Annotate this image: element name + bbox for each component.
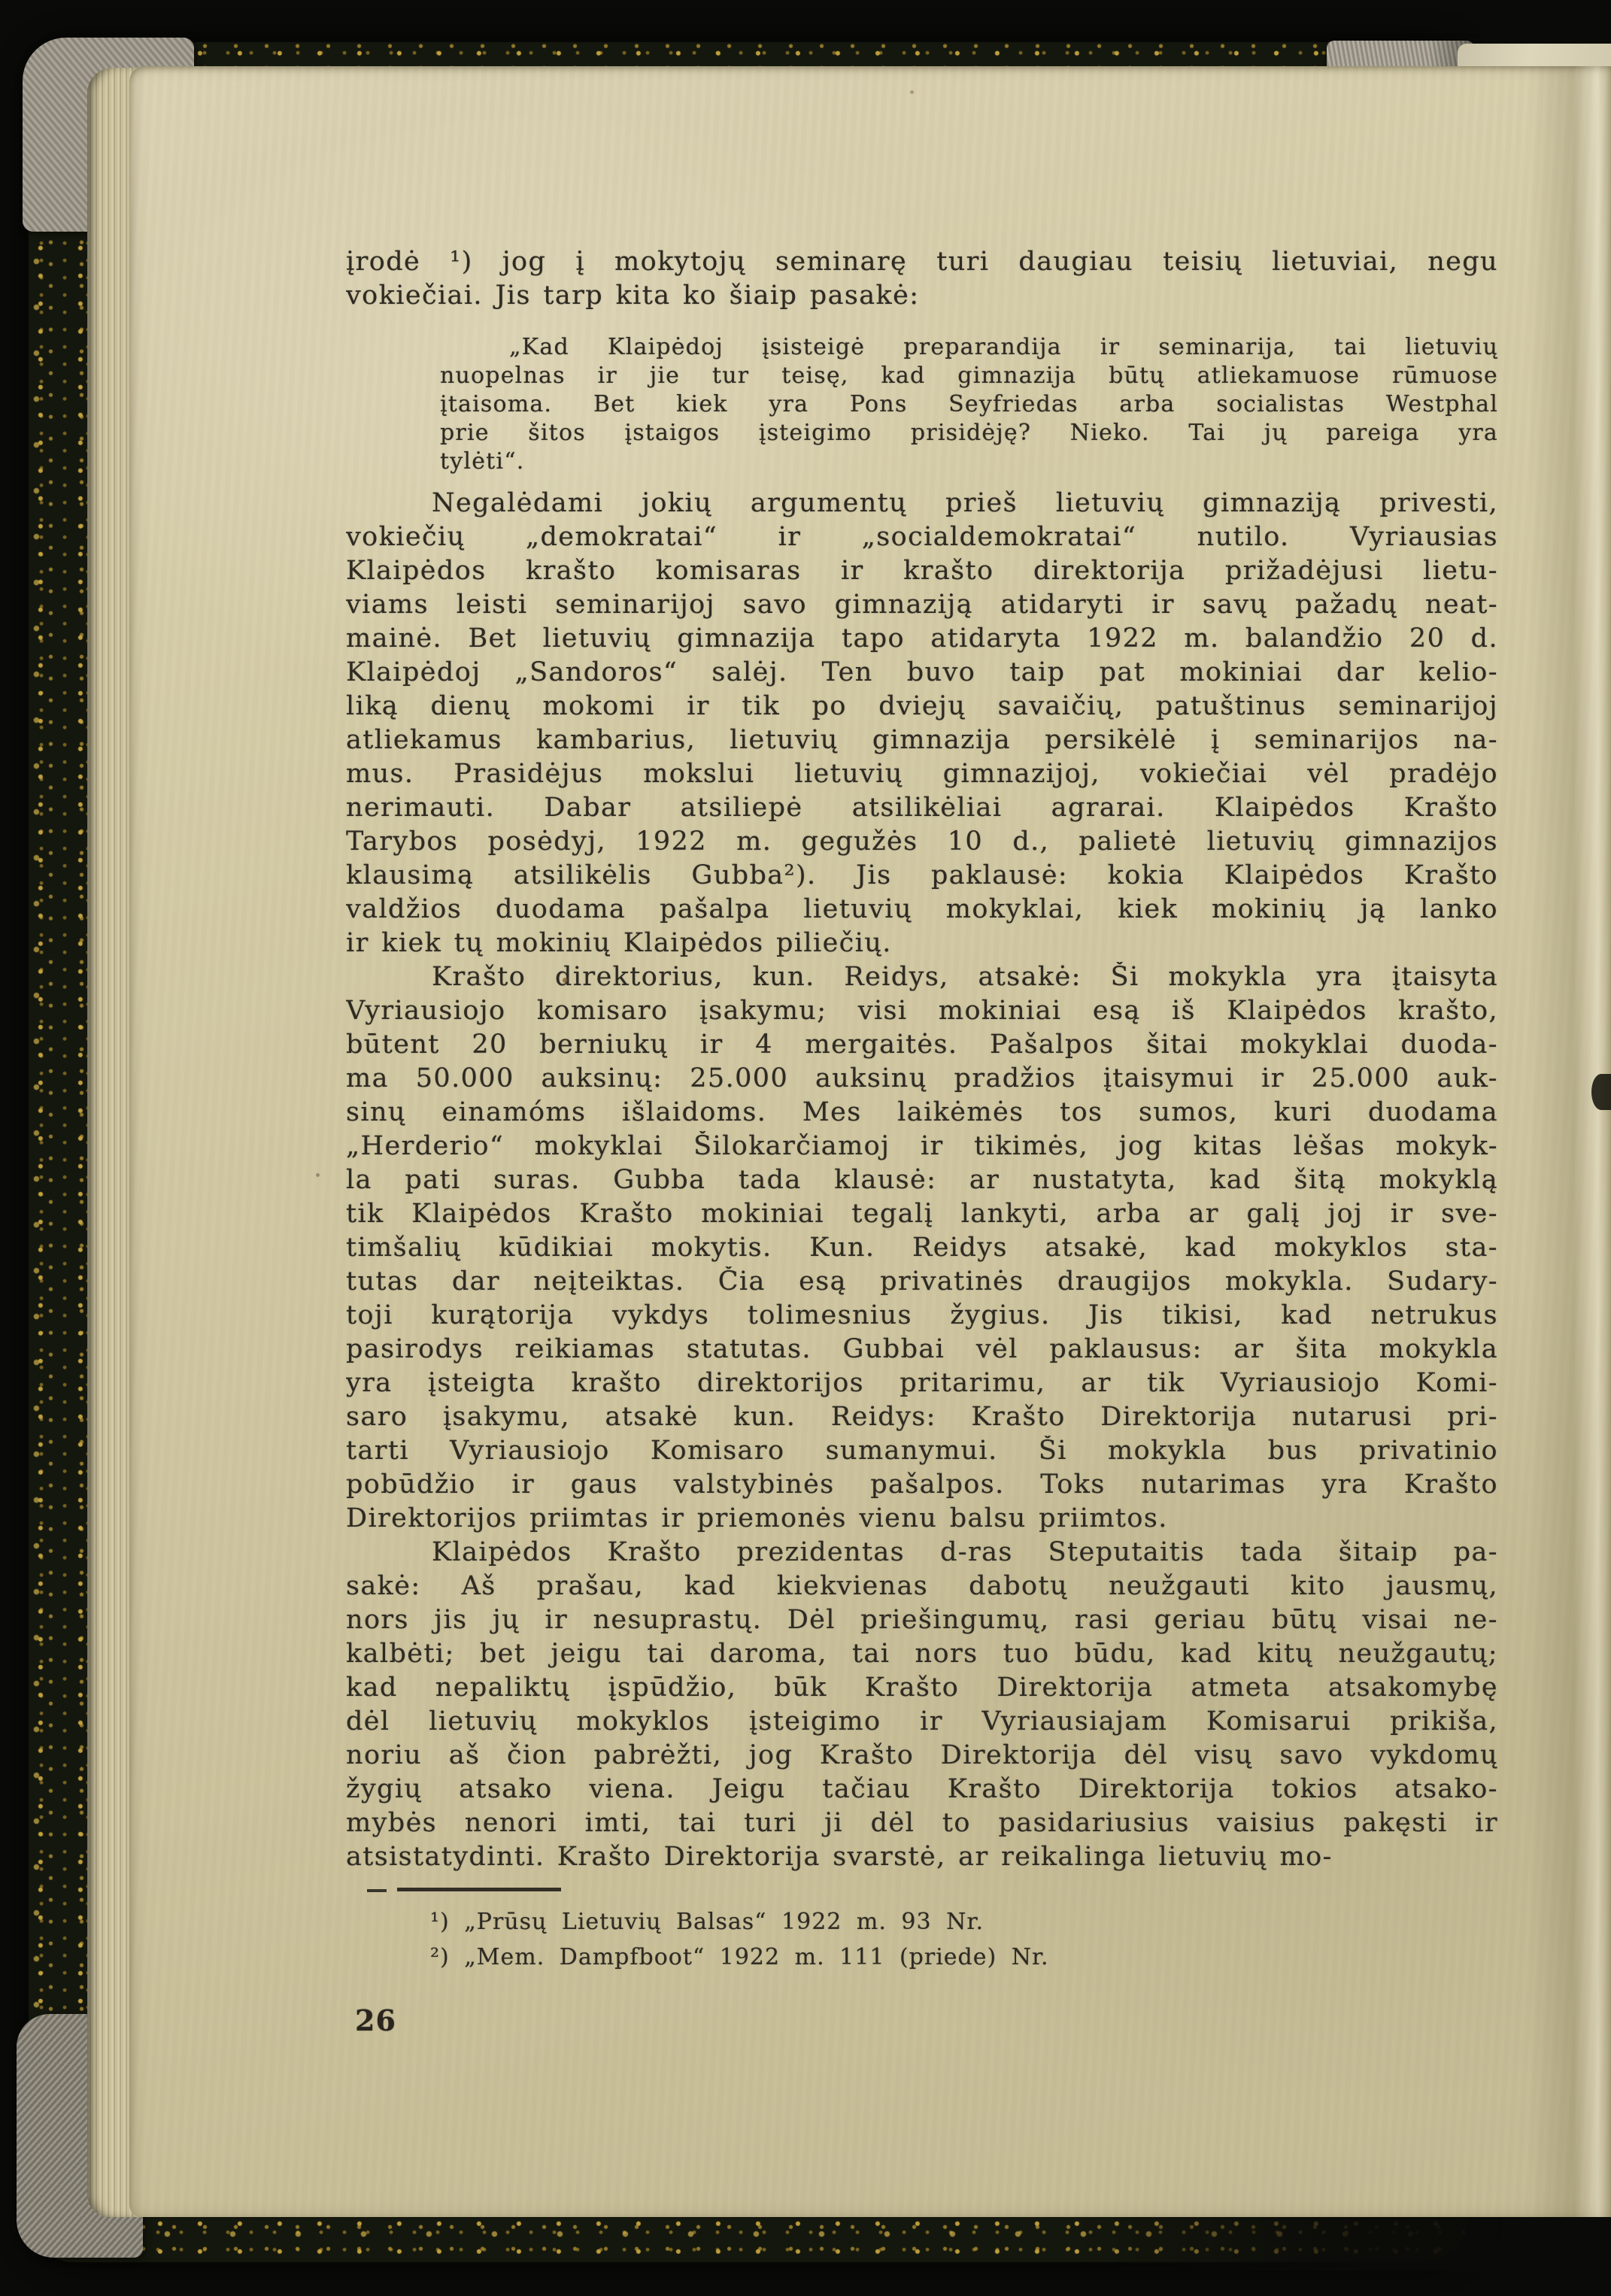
- text-line: mainė. Bet lietuvių gimnazija tapo atida…: [346, 623, 1498, 657]
- text-line: mybės nenori imti, tai turi ji dėl to pa…: [346, 1808, 1498, 1842]
- text-line: sakė: Aš prašau, kad kiekvienas dabotų n…: [346, 1571, 1498, 1605]
- paper-speck: [563, 978, 568, 983]
- text-line: nerimauti. Dabar atsiliepė atsilikėliai …: [346, 793, 1498, 826]
- page-number: 26: [355, 2003, 396, 2037]
- text-line: vokiečių „demokratai“ ir „socialdemokrat…: [346, 522, 1498, 556]
- text-line: pasirodys reikiamas statutas. Gubbai vėl…: [346, 1334, 1498, 1368]
- text-line: Tarybos posėdyj, 1922 m. gegužės 10 d., …: [346, 826, 1498, 860]
- footnote-rule: [397, 1888, 561, 1891]
- text-line: noriu aš čion pabrėžti, jog Krašto Direk…: [346, 1740, 1498, 1774]
- text-line: būtent 20 berniukų ir 4 mergaitės. Pašal…: [346, 1030, 1498, 1063]
- text-line: Klaipėdos krašto komisaras ir krašto dir…: [346, 556, 1498, 590]
- text-line: atsistatydinti. Krašto Direktorija svars…: [346, 1842, 1498, 1876]
- text-line: valdžios duodama pašalpa lietuvių mokykl…: [346, 894, 1498, 928]
- page-edge-notch: [1591, 1074, 1611, 1110]
- book-page: įrodė ¹) jog į mokytojų seminarę turi da…: [129, 66, 1611, 2217]
- footnotes: ¹) „Prūsų Lietuvių Balsas“ 1922 m. 93 Nr…: [430, 1909, 1049, 1979]
- text-line: tik Klaipėdos Krašto mokiniai tegalį lan…: [346, 1199, 1498, 1233]
- text-line: viams leisti seminarijoj savo gimnaziją …: [346, 590, 1498, 623]
- text-line: tylėti“.: [346, 448, 1498, 477]
- text-line: žygių atsako viena. Jeigu tačiau Krašto …: [346, 1774, 1498, 1808]
- text-line: saro įsakymu, atsakė kun. Reidys: Krašto…: [346, 1402, 1498, 1436]
- text-line: Klaipėdoj „Sandoros“ salėj. Ten buvo tai…: [346, 657, 1498, 691]
- text-line: ir kiek tų mokinių Klaipėdos piliečių.: [346, 928, 1498, 962]
- scanned-book-photo: įrodė ¹) jog į mokytojų seminarę turi da…: [0, 0, 1611, 2296]
- text-line: tarti Vyriausiojo Komisaro sumanymui. Ši…: [346, 1436, 1498, 1470]
- text-line: yra įsteigta krašto direktorijos pritari…: [346, 1368, 1498, 1402]
- footnote: ²) „Mem. Dampfboot“ 1922 m. 111 (priede)…: [430, 1944, 1049, 1979]
- text-line: Vyriausiojo komisaro įsakymu; visi mokin…: [346, 996, 1498, 1030]
- text-line: Klaipėdos Krašto prezidentas d-ras Stepu…: [346, 1537, 1498, 1571]
- text-line: liką dienų mokomi ir tik po dviejų savai…: [346, 691, 1498, 725]
- text-line: Negalėdami jokių argumentų prieš lietuvi…: [346, 488, 1498, 522]
- text-line: prie šitos įstaigos įsteigimo prisidėję?…: [346, 420, 1498, 448]
- page-fold-shadow: [1528, 66, 1611, 2217]
- text-line: įtaisoma. Bet kiek yra Pons Seyfriedas a…: [346, 391, 1498, 420]
- text-line: įrodė ¹) jog į mokytojų seminarę turi da…: [346, 247, 1498, 281]
- text-line: „Herderio“ mokyklai Šilokarčiamoj ir tik…: [346, 1131, 1498, 1165]
- text-line: nuopelnas ir jie tur teisę, kad gimnazij…: [346, 362, 1498, 391]
- footnote: ¹) „Prūsų Lietuvių Balsas“ 1922 m. 93 Nr…: [430, 1909, 1049, 1944]
- text-line: kad nepaliktų įspūdžio, būk Krašto Direk…: [346, 1673, 1498, 1706]
- text-line: timšalių kūdikiai mokytis. Kun. Reidys a…: [346, 1233, 1498, 1266]
- text-line: Krašto direktorius, kun. Reidys, atsakė:…: [346, 962, 1498, 996]
- text-line: tutas dar neįteiktas. Čia esą privatinės…: [346, 1266, 1498, 1300]
- text-line: toji kurątorija vykdys tolimesnius žygiu…: [346, 1300, 1498, 1334]
- text-line: dėl lietuvių mokyklos įsteigimo ir Vyria…: [346, 1706, 1498, 1740]
- text-line: pobūdžio ir gaus valstybinės pašalpos. T…: [346, 1470, 1498, 1503]
- text-line: mus. Prasidėjus mokslui lietuvių gimnazi…: [346, 759, 1498, 793]
- text-line: kalbėti; bet jeigu tai daroma, tai nors …: [346, 1639, 1498, 1673]
- paper-speck: [316, 1173, 320, 1177]
- text-line: sinų einamóms išlaidoms. Mes laikėmės to…: [346, 1097, 1498, 1131]
- text-line: vokiečiai. Jis tarp kita ko šiaip pasakė…: [346, 281, 1498, 314]
- text-line: klausimą atsilikėlis Gubba²). Jis paklau…: [346, 860, 1498, 894]
- text-line: atliekamus kambarius, lietuvių gimnazija…: [346, 725, 1498, 759]
- text-line: nors jis jų ir nesuprastų. Dėl priešingu…: [346, 1605, 1498, 1639]
- text-line: ma 50.000 auksinų: 25.000 auksinų pradži…: [346, 1063, 1498, 1097]
- text-line: „Kad Klaipėdoj įsisteigė preparandija ir…: [346, 334, 1498, 362]
- text-block: įrodė ¹) jog į mokytojų seminarę turi da…: [346, 247, 1498, 1876]
- text-line: Direktorijos priimtas ir priemonės vienu…: [346, 1503, 1498, 1537]
- paper-speck: [910, 90, 914, 94]
- text-line: la pati suras. Gubba tada klausė: ar nus…: [346, 1165, 1498, 1199]
- footnote-rule-dash: [367, 1889, 387, 1892]
